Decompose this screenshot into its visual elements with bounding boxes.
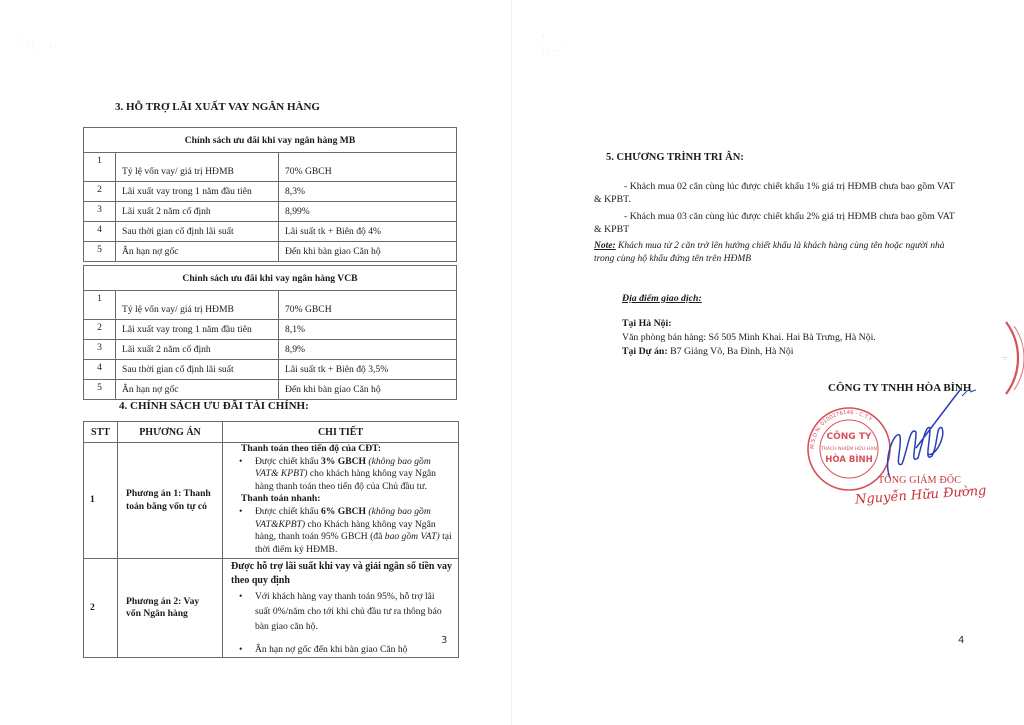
- table-row: 3 Lãi xuất 2 năm cố định 8,99%: [84, 202, 457, 222]
- svg-text:TRÁCH NHIỆM HỮU HẠN: TRÁCH NHIỆM HỮU HẠN: [820, 444, 877, 452]
- bullet-icon: •: [239, 456, 242, 469]
- page-4: ·˙· ˙. ·.·. 3 Phương án 3: Thanh toán tr…: [512, 0, 1024, 725]
- vcb-bank-table: Chính sách ưu đãi khi vay ngân hàng VCB …: [83, 265, 457, 400]
- table-row: 1 Tỷ lệ vốn vay/ giá trị HĐMB 70% GBCH: [84, 291, 457, 320]
- table-row: 1 Phương án 1: Thanh toán bằng vốn tự có…: [84, 443, 459, 559]
- svg-text:M.S.D.N: 0100276146 - C.T.Y: M.S.D.N: 0100276146 - C.T.Y: [810, 410, 873, 449]
- page-number: 4: [958, 635, 964, 646]
- locations-block: Tại Hà Nội: Văn phòng bán hàng: Số 505 M…: [622, 317, 1002, 359]
- vcb-table-header: Chính sách ưu đãi khi vay ngân hàng VCB: [84, 266, 457, 291]
- sales-office-address: Văn phòng bán hàng: Số 505 Minh Khai. Ha…: [622, 331, 1002, 345]
- note-label: Note:: [594, 241, 616, 251]
- section5-title: 5. CHƯƠNG TRÌNH TRI ÂN:: [606, 152, 744, 163]
- partial-stamp-icon: ·:·: [976, 320, 1024, 396]
- section5-note: Note: Khách mua từ 2 căn trở lên hưởng c…: [594, 240, 964, 266]
- svg-text:CÔNG TY: CÔNG TY: [827, 430, 872, 442]
- scan-specks: ·˙· ˙. ·.·.: [538, 34, 566, 55]
- section5-items: - Khách mua 02 căn cùng lúc được chiết k…: [594, 180, 964, 236]
- table-row: 2 Phương án 2: Vay vốn Ngân hàng Được hỗ…: [84, 559, 459, 658]
- gratitude-item: - Khách mua 03 căn cùng lúc được chiết k…: [594, 210, 964, 236]
- svg-text:·:·: ·:·: [1002, 355, 1008, 362]
- table-row: 3 Lãi xuất 2 năm cố định 8,9%: [84, 340, 457, 360]
- project-address: B7 Giảng Võ, Ba Đình, Hà Nội: [668, 346, 794, 357]
- bullet-icon: •: [239, 589, 242, 604]
- table-row: 4 Sau thời gian cố định lãi suất Lãi suấ…: [84, 222, 457, 242]
- page-number: 3: [441, 635, 447, 646]
- table-row: 2 Lãi xuất vay trong 1 năm đầu tiên 8,3%: [84, 182, 457, 202]
- col-option: PHƯƠNG ÁN: [118, 422, 223, 443]
- table-row: 1 Tỷ lệ vốn vay/ giá trị HĐMB 70% GBCH: [84, 153, 457, 182]
- scan-specks: · ˙·.· ·. ˙ ·: [22, 36, 60, 57]
- mb-table-header: Chính sách ưu đãi khi vay ngân hàng MB: [84, 128, 457, 153]
- table-row: 2 Lãi xuất vay trong 1 năm đầu tiên 8,1%: [84, 320, 457, 340]
- gratitude-item: - Khách mua 02 căn cùng lúc được chiết k…: [594, 180, 964, 206]
- bullet-icon: •: [239, 644, 242, 657]
- col-stt: STT: [84, 422, 118, 443]
- bullet-icon: •: [239, 506, 242, 519]
- financial-policy-table: STT PHƯƠNG ÁN CHI TIẾT 1 Phương án 1: Th…: [83, 421, 459, 658]
- col-detail: CHI TIẾT: [223, 422, 459, 443]
- table-row: 5 Ân hạn nợ gốc Đến khi bàn giao Căn hộ: [84, 380, 457, 400]
- signer-position: TỔNG GIÁM ĐỐC: [878, 475, 961, 486]
- section4-title: 4. CHÍNH SÁCH ƯU ĐÃI TÀI CHÍNH:: [119, 400, 309, 412]
- page-3: · ˙·.· ·. ˙ · 3. HỖ TRỢ LÃI XUẤT VAY NGÂ…: [0, 0, 512, 725]
- table-row: 5 Ân hạn nợ gốc Đến khi bàn giao Căn hộ: [84, 242, 457, 262]
- svg-text:HÒA BÌNH: HÒA BÌNH: [825, 453, 873, 465]
- section3-title: 3. HỖ TRỢ LÃI XUẤT VAY NGÂN HÀNG: [115, 101, 320, 113]
- handwritten-signature-icon: [876, 388, 986, 488]
- mb-bank-table: Chính sách ưu đãi khi vay ngân hàng MB 1…: [83, 127, 457, 262]
- locations-title: Địa điểm giao dịch:: [622, 292, 702, 305]
- table-row: 4 Sau thời gian cố định lãi suất Lãi suấ…: [84, 360, 457, 380]
